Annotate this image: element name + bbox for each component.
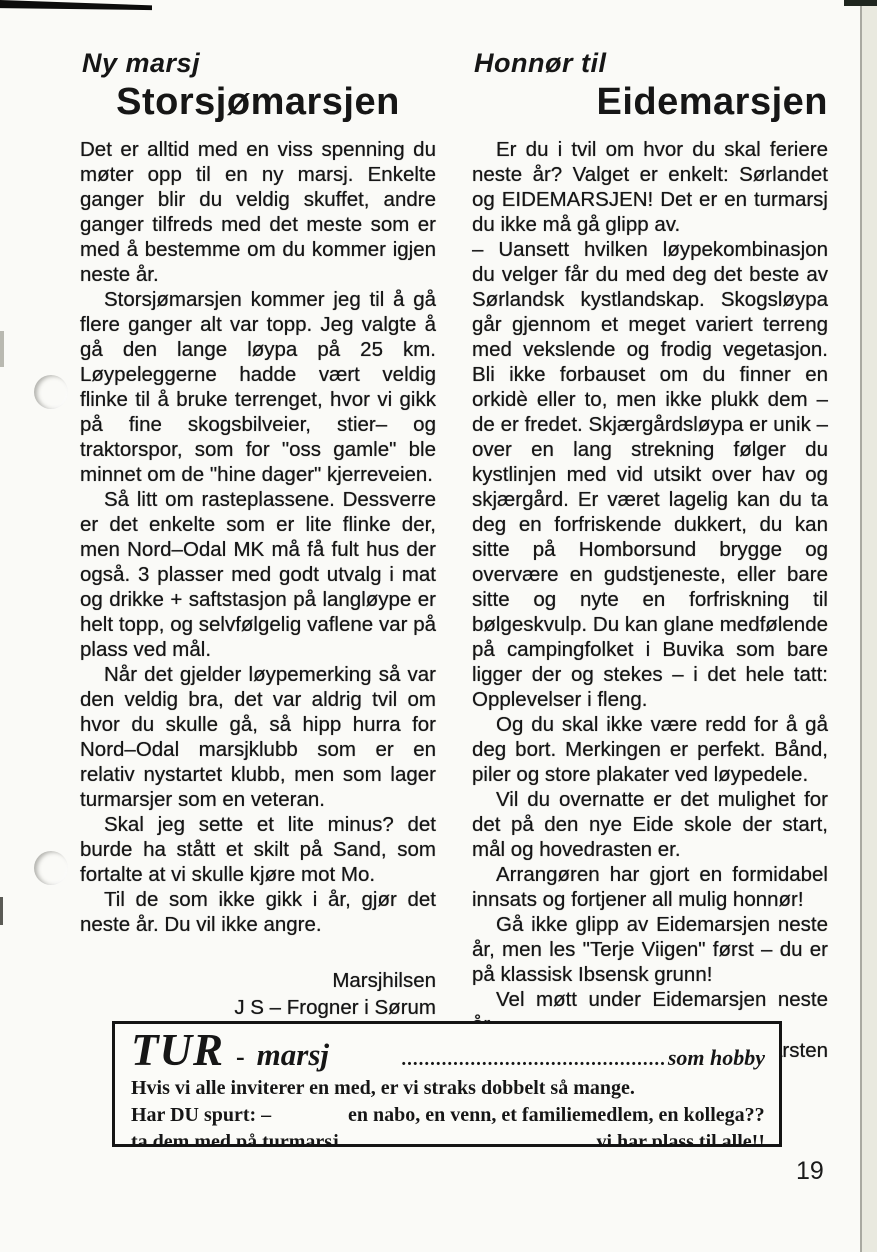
- article-kicker: Ny marsj: [82, 48, 436, 79]
- paragraph: Storsjømarsjen kommer jeg til å gå flere…: [80, 287, 436, 487]
- scan-edge-band: [862, 0, 877, 1252]
- promo-line-prefix: ta dem med på turmarsj: [131, 1129, 339, 1147]
- scan-corner-dark: [844, 0, 877, 6]
- promo-word-marsj: marsj: [257, 1037, 329, 1073]
- article-eidemarsjen: Honnør til Eidemarsjen Er du i tvil om h…: [472, 48, 828, 1064]
- paragraph: Det er alltid med en viss spenning du mø…: [80, 137, 436, 287]
- paragraph: Arrangøren har gjort en formidabel innsa…: [472, 862, 828, 912]
- scan-artifact-topleft: [0, 0, 152, 14]
- paragraph: Når det gjelder løypemerking så var den …: [80, 662, 436, 812]
- paragraph: Til de som ikke gikk i år, gjør det nest…: [80, 887, 436, 937]
- paragraph: Gå ikke glipp av Eidemarsjen neste år, m…: [472, 912, 828, 987]
- page-number: 19: [796, 1157, 824, 1186]
- promo-line: ta dem med på turmarsj . . . . . . . . .…: [131, 1129, 765, 1147]
- scan-edge-mark-bottom: [0, 897, 3, 925]
- promo-dash: -: [236, 1042, 245, 1072]
- signoff-line: J S – Frogner i Sørum: [80, 994, 436, 1021]
- promo-line: Har DU spurt: –en nabo, en venn, et fami…: [131, 1102, 765, 1129]
- paragraph: Vil du overnatte er det mulighet for det…: [472, 787, 828, 862]
- hole-punch-bottom: [34, 851, 68, 885]
- promo-line: Hvis vi alle inviterer en med, er vi str…: [131, 1075, 765, 1102]
- promo-line-prefix: Har DU spurt: –: [131, 1102, 348, 1129]
- promo-line-suffix: vi har plass til alle!!: [596, 1129, 765, 1147]
- dot-leader: . . . . . . . . . . . . . . . . . . . . …: [347, 1129, 587, 1147]
- promo-word-tur: TUR: [131, 1026, 224, 1074]
- article-storsjomarsjen: Ny marsj Storsjømarsjen Det er alltid me…: [80, 48, 436, 1021]
- scanned-newsletter-page: Ny marsj Storsjømarsjen Det er alltid me…: [0, 0, 877, 1252]
- dot-leader: ........................................…: [339, 1049, 666, 1071]
- paragraph: Er du i tvil om hvor du skal feriere nes…: [472, 137, 828, 237]
- promo-line-rest: en nabo, en venn, et familiemedlem, en k…: [348, 1104, 765, 1126]
- hole-punch-top: [34, 375, 68, 409]
- paragraph: – Uansett hvilken løypekombinasjon du ve…: [472, 237, 828, 712]
- scan-edge-mark-top: [0, 331, 4, 367]
- paragraph: Og du skal ikke være redd for å gå deg b…: [472, 712, 828, 787]
- tur-marsj-promo-box: TUR - marsj ............................…: [112, 1021, 782, 1147]
- article-kicker: Honnør til: [474, 48, 828, 79]
- paragraph: Skal jeg sette et lite minus? det burde …: [80, 812, 436, 887]
- promo-suffix: som hobby: [668, 1045, 765, 1071]
- paragraph: Så litt om rasteplassene. Dessverre er d…: [80, 487, 436, 662]
- signoff-line: Marsjhilsen: [80, 967, 436, 994]
- promo-headline: TUR - marsj ............................…: [131, 1026, 765, 1074]
- article-title: Storsjømarsjen: [80, 81, 436, 124]
- article-title: Eidemarsjen: [472, 81, 828, 124]
